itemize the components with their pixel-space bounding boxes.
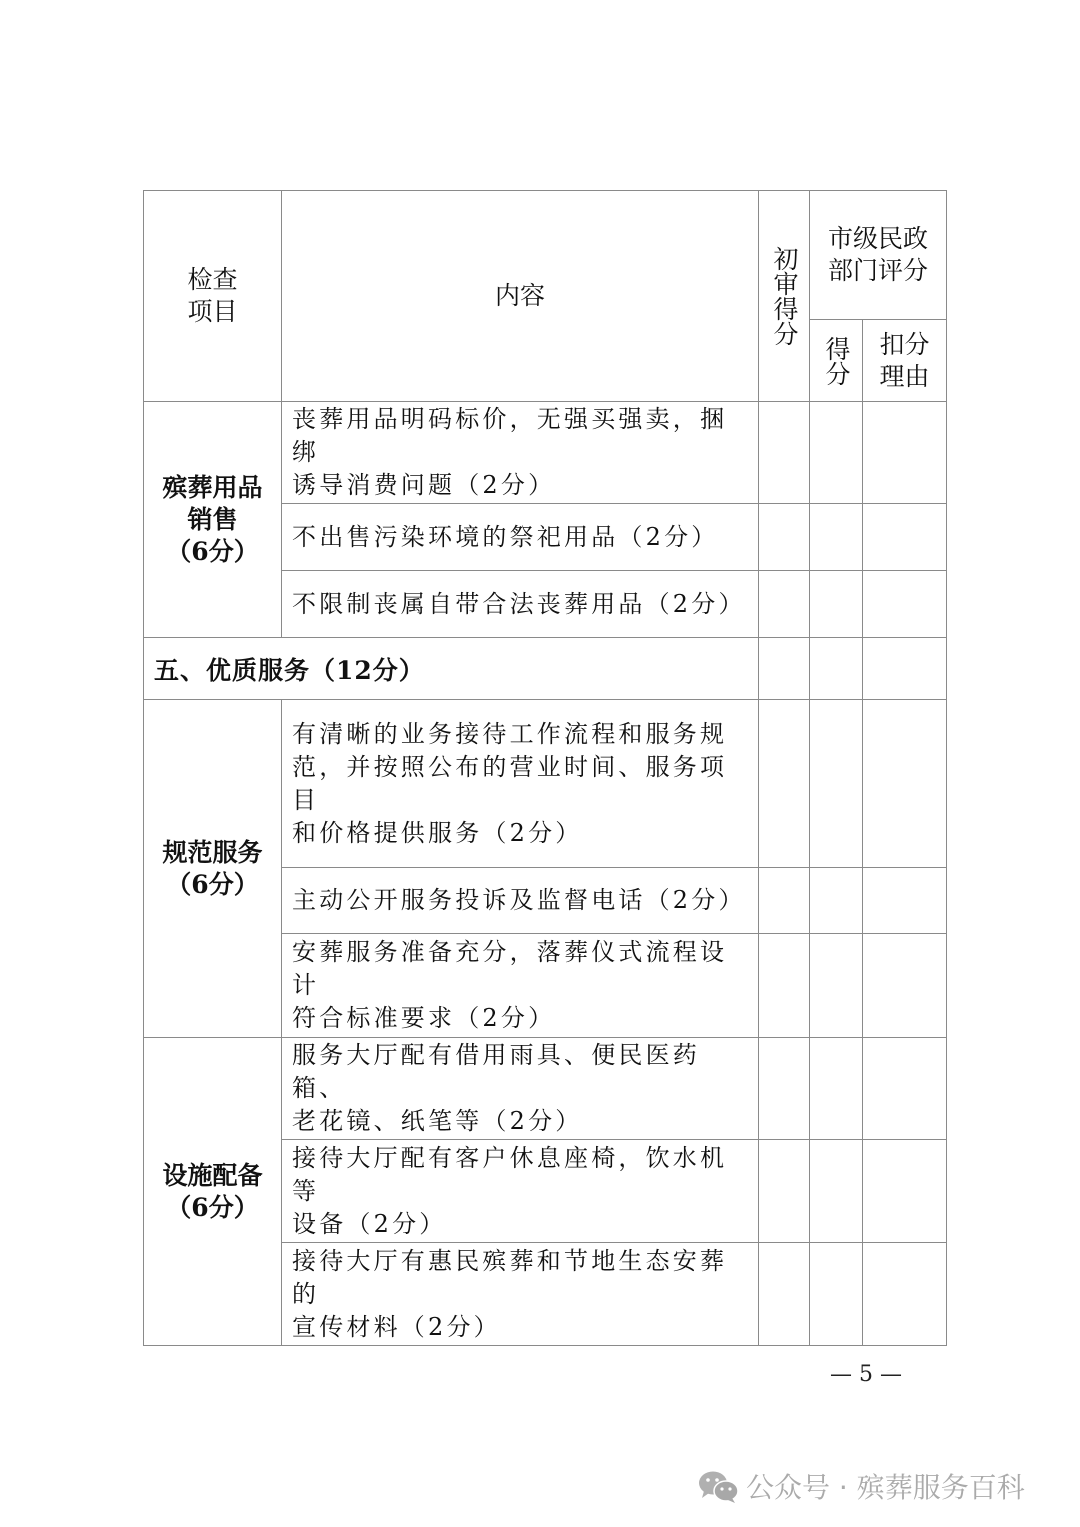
deduction-reason-cell[interactable]	[863, 504, 947, 571]
deduction-reason-cell[interactable]	[863, 868, 947, 934]
score-cell[interactable]	[810, 934, 863, 1038]
score-cell[interactable]	[810, 638, 863, 700]
header-initial-score: 初审得分	[759, 191, 810, 402]
score-cell[interactable]	[810, 868, 863, 934]
initial-score-cell[interactable]	[759, 1140, 810, 1243]
deduction-reason-cell[interactable]	[863, 638, 947, 700]
watermark-text: 公众号 · 殡葬服务百科	[746, 1466, 1025, 1506]
initial-score-cell[interactable]	[759, 868, 810, 934]
content-cell: 有清晰的业务接待工作流程和服务规 范，并按照公布的营业时间、服务项目 和价格提供…	[282, 700, 759, 868]
content-cell: 接待大厅有惠民殡葬和节地生态安葬的 宣传材料（2分）	[282, 1243, 759, 1346]
initial-score-cell[interactable]	[759, 1243, 810, 1346]
score-cell[interactable]	[810, 1140, 863, 1243]
wechat-icon	[698, 1470, 740, 1502]
content-cell: 接待大厅配有客户休息座椅，饮水机等 设备（2分）	[282, 1140, 759, 1243]
watermark: 公众号 · 殡葬服务百科	[698, 1466, 1025, 1506]
score-cell[interactable]	[810, 402, 863, 504]
content-cell: 丧葬用品明码标价，无强买强卖，捆绑 诱导消费问题（2分）	[282, 402, 759, 504]
score-cell[interactable]	[810, 504, 863, 571]
page-number: — 5 —	[830, 1362, 902, 1387]
category-cell: 规范服务 （6分）	[144, 700, 282, 1038]
header-item: 检查 项目	[144, 191, 282, 402]
score-cell[interactable]	[810, 1243, 863, 1346]
deduction-reason-cell[interactable]	[863, 1140, 947, 1243]
content-cell: 服务大厅配有借用雨具、便民医药箱、 老花镜、纸笔等（2分）	[282, 1038, 759, 1140]
initial-score-cell[interactable]	[759, 638, 810, 700]
content-cell: 不限制丧属自带合法丧葬用品（2分）	[282, 571, 759, 638]
initial-score-cell[interactable]	[759, 402, 810, 504]
category-cell: 设施配备 （6分）	[144, 1038, 282, 1346]
content-cell: 安葬服务准备充分，落葬仪式流程设计 符合标准要求（2分）	[282, 934, 759, 1038]
score-cell[interactable]	[810, 571, 863, 638]
deduction-reason-cell[interactable]	[863, 700, 947, 868]
initial-score-cell[interactable]	[759, 504, 810, 571]
initial-score-cell[interactable]	[759, 700, 810, 868]
section-title: 五、优质服务（12分）	[144, 638, 759, 700]
score-cell[interactable]	[810, 700, 863, 868]
table-row: 规范服务 （6分） 有清晰的业务接待工作流程和服务规 范，并按照公布的营业时间、…	[144, 700, 947, 868]
deduction-reason-cell[interactable]	[863, 1038, 947, 1140]
score-cell[interactable]	[810, 1038, 863, 1140]
inspection-table: 检查 项目 内容 初审得分 市级民政 部门评分 得分 扣分 理由 殡葬用品 销售…	[143, 190, 947, 1346]
table-row: 设施配备 （6分） 服务大厅配有借用雨具、便民医药箱、 老花镜、纸笔等（2分）	[144, 1038, 947, 1140]
deduction-reason-cell[interactable]	[863, 1243, 947, 1346]
initial-score-cell[interactable]	[759, 934, 810, 1038]
initial-score-cell[interactable]	[759, 1038, 810, 1140]
content-cell: 不出售污染环境的祭祀用品（2分）	[282, 504, 759, 571]
section-row: 五、优质服务（12分）	[144, 638, 947, 700]
header-deduction-reason: 扣分 理由	[863, 320, 947, 402]
category-cell: 殡葬用品 销售 （6分）	[144, 402, 282, 638]
header-city-group: 市级民政 部门评分	[810, 191, 947, 320]
initial-score-cell[interactable]	[759, 571, 810, 638]
deduction-reason-cell[interactable]	[863, 934, 947, 1038]
deduction-reason-cell[interactable]	[863, 402, 947, 504]
header-score: 得分	[810, 320, 863, 402]
header-content: 内容	[282, 191, 759, 402]
content-cell: 主动公开服务投诉及监督电话（2分）	[282, 868, 759, 934]
deduction-reason-cell[interactable]	[863, 571, 947, 638]
table-row: 殡葬用品 销售 （6分） 丧葬用品明码标价，无强买强卖，捆绑 诱导消费问题（2分…	[144, 402, 947, 504]
